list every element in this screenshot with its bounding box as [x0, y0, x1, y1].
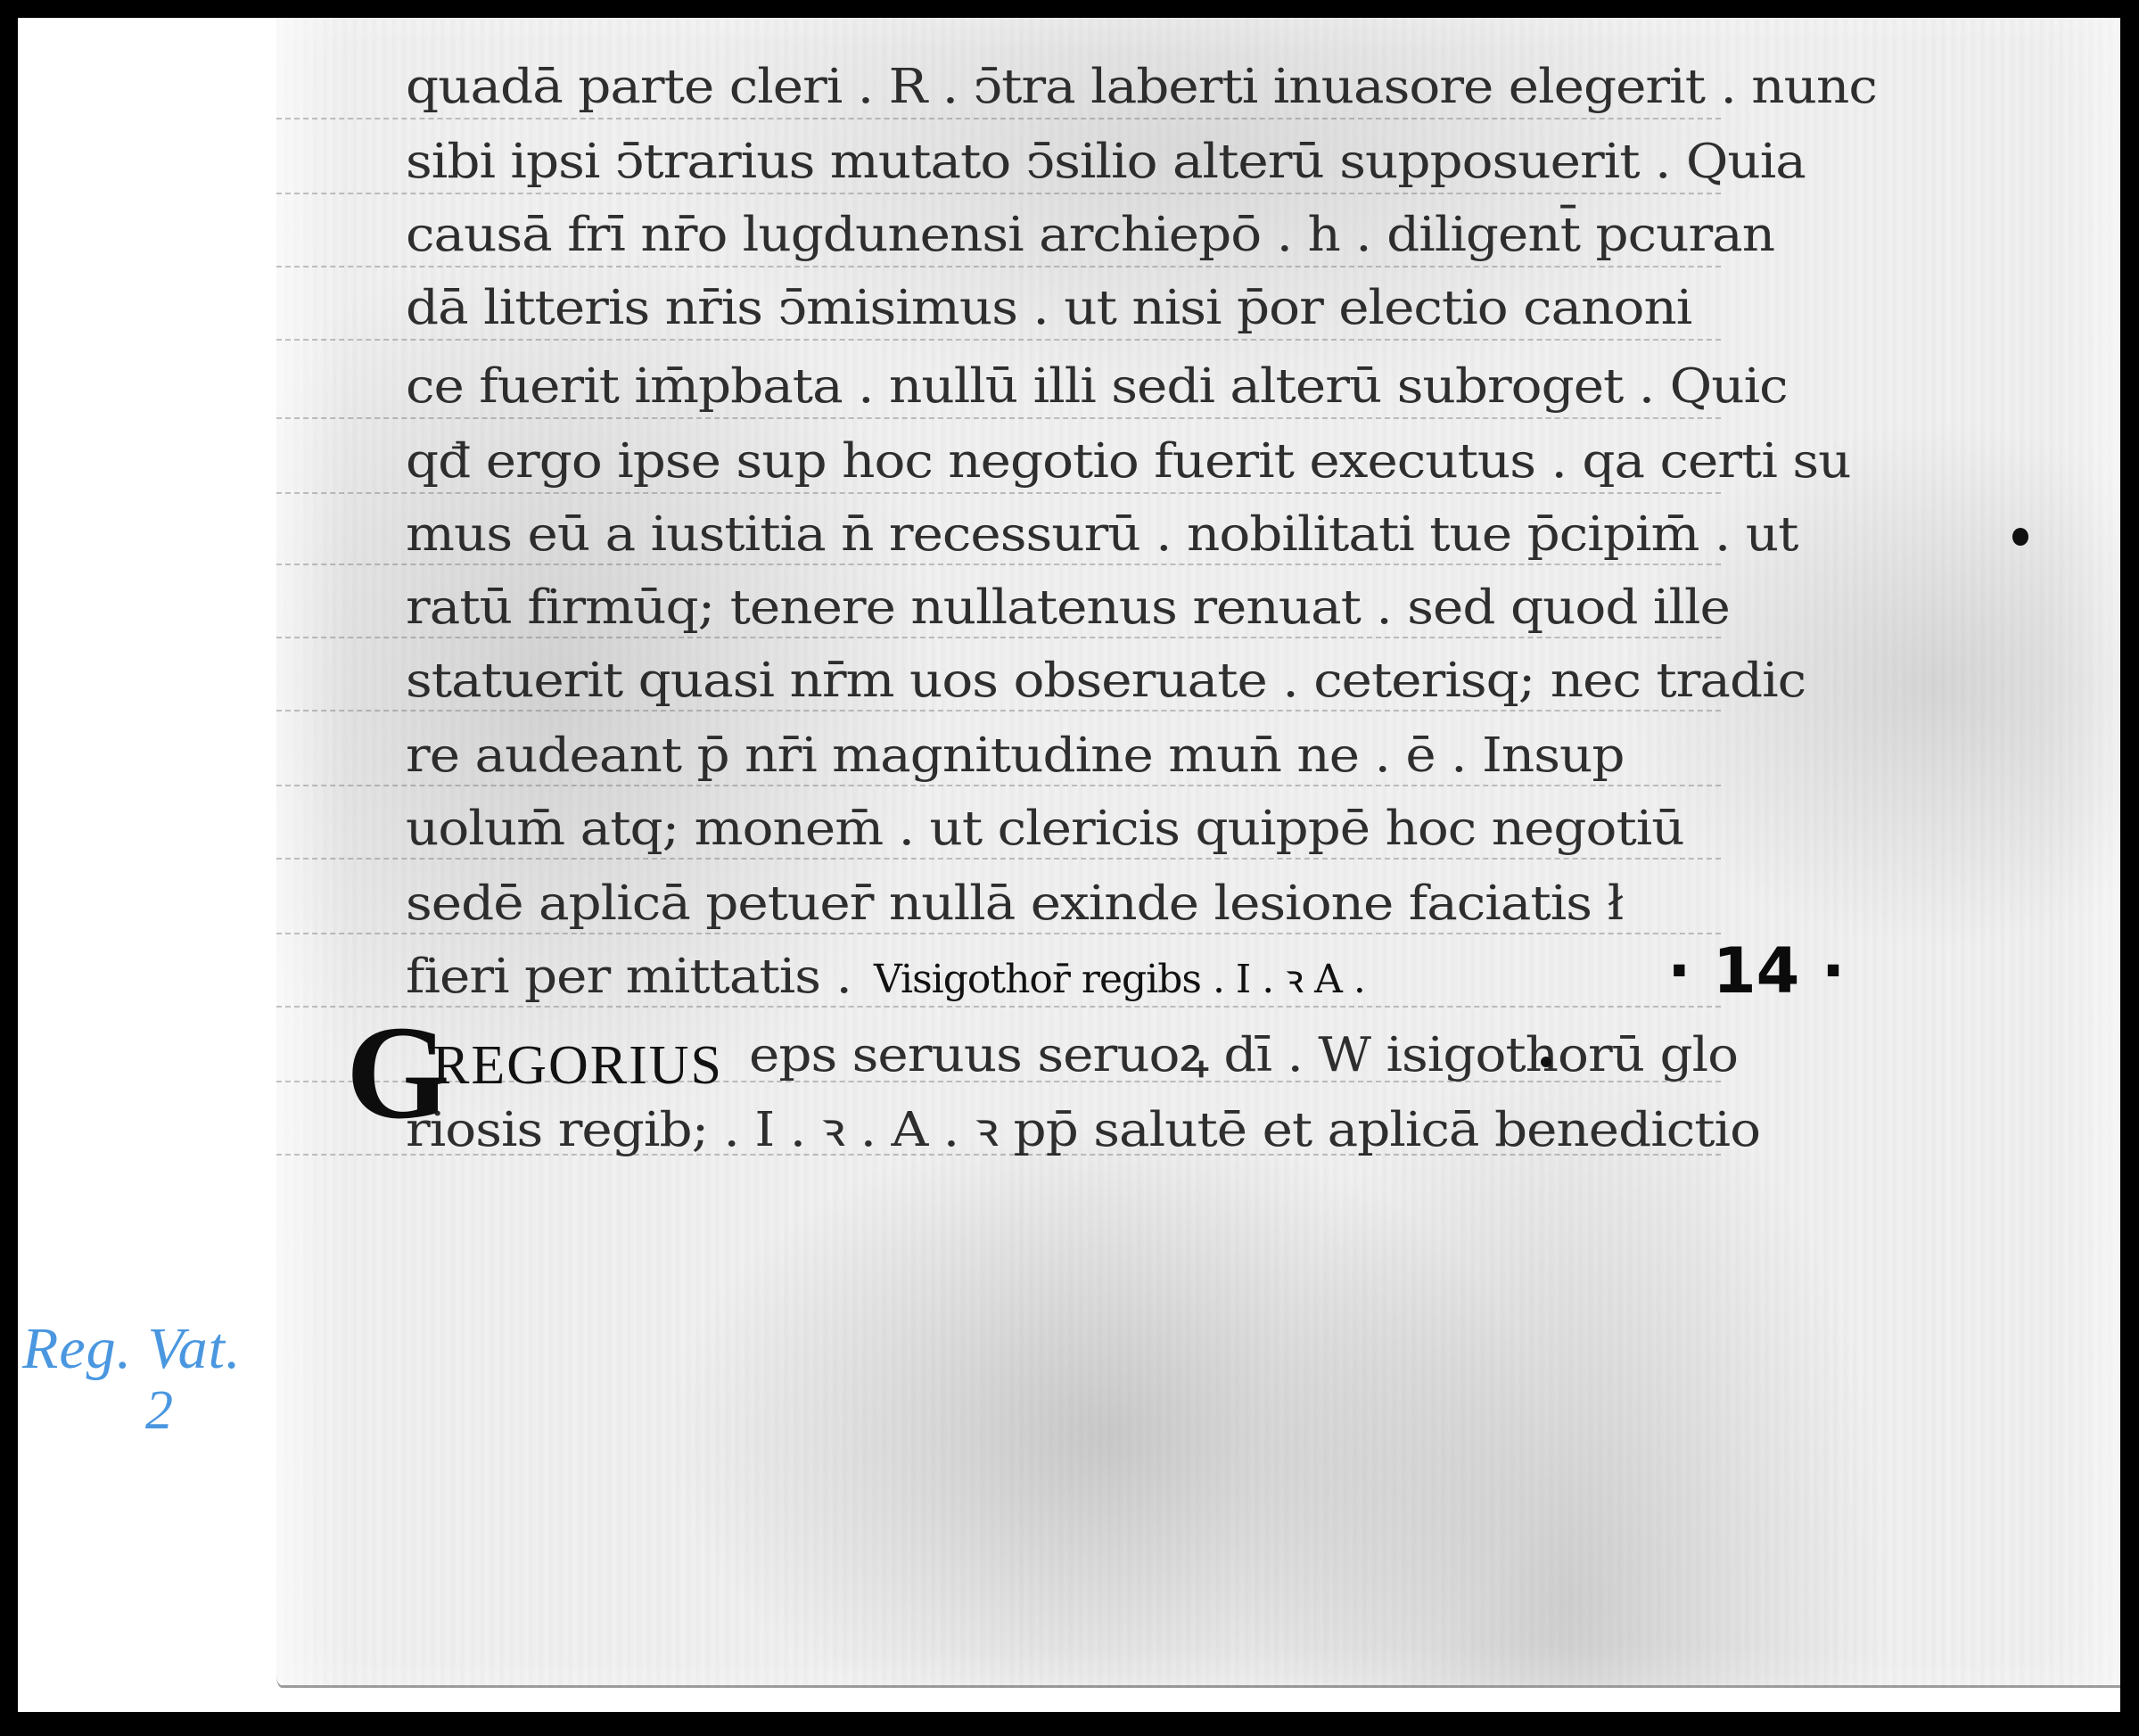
ruling-line [276, 417, 1721, 419]
archival-annotation: Reg. Vat. 2 [22, 1315, 254, 1467]
ruling-line [276, 118, 1721, 119]
salutation-line-2: riosis regib; . I . ꝛ . A . ꝛ pp̄ salutē… [406, 1103, 1760, 1156]
margin-number: · 14 · [1667, 934, 1845, 1008]
text-line-3: causā frī nr̄o lugdunensi archiepō . h .… [406, 208, 1774, 260]
text-line-8: ratū firmūq; tenere nullatenus renuat . … [406, 580, 1730, 633]
text-line-7: mus eū a iustitia n̄ recessurū . nobilit… [406, 507, 1798, 560]
page-background: quadā parte cleri . R . ↄ̄tra laberti in… [18, 18, 2120, 1712]
text-line-5: ce fuerit im̄pbata . nullū illi sedi alt… [406, 359, 1788, 412]
text-line-9: statuerit quasi nr̄m uos obseruate . cet… [406, 654, 1806, 706]
ruling-line [276, 1006, 1721, 1008]
ruling-line [276, 710, 1721, 712]
ruling-line [276, 492, 1721, 494]
salutation-line-1: eps seruus seruoꝝ dī . W isigothorū glo [749, 1028, 1738, 1081]
salutation-caps: REGORIUS [432, 1034, 723, 1098]
ruling-line [276, 564, 1721, 565]
ruling-line [276, 266, 1721, 267]
text-line-13: fieri per mittatis . [406, 950, 851, 1002]
ink-blot [2012, 528, 2028, 546]
text-line-11: uolum̄ atq; monem̄ . ut clericis quippē … [406, 802, 1684, 854]
text-line-6: qđ ergo ipse sup hoc negotio fuerit exec… [406, 434, 1850, 487]
ruling-line [276, 785, 1721, 786]
annotation-line-1: Reg. Vat. [22, 1315, 241, 1383]
rubric-heading: Visigothor̄ regibs . I . ꝛ A . [874, 950, 1365, 1004]
text-line-4: dā litteris nr̄is ↄ̄misimus . ut nisi p̄… [406, 281, 1691, 333]
ruling-line [276, 339, 1721, 341]
text-line-1: quadā parte cleri . R . ↄ̄tra laberti in… [406, 60, 1877, 112]
text-line-2: sibi ipsi ↄ̄trarius mutato ↄ̄silio alter… [406, 135, 1806, 187]
ink-blot [1541, 1057, 1551, 1067]
ruling-line [276, 637, 1721, 638]
ruling-line [276, 858, 1721, 860]
ruling-line [276, 933, 1721, 934]
ruling-line [276, 193, 1721, 194]
text-line-10: re audeant p̄ nr̄i magnitudine mun̄ ne .… [406, 728, 1625, 781]
annotation-line-2: 2 [145, 1379, 173, 1443]
manuscript-leaf: quadā parte cleri . R . ↄ̄tra laberti in… [276, 18, 2120, 1688]
text-line-12: sedē aplicā petuer̄ nullā exinde lesione… [406, 876, 1623, 929]
